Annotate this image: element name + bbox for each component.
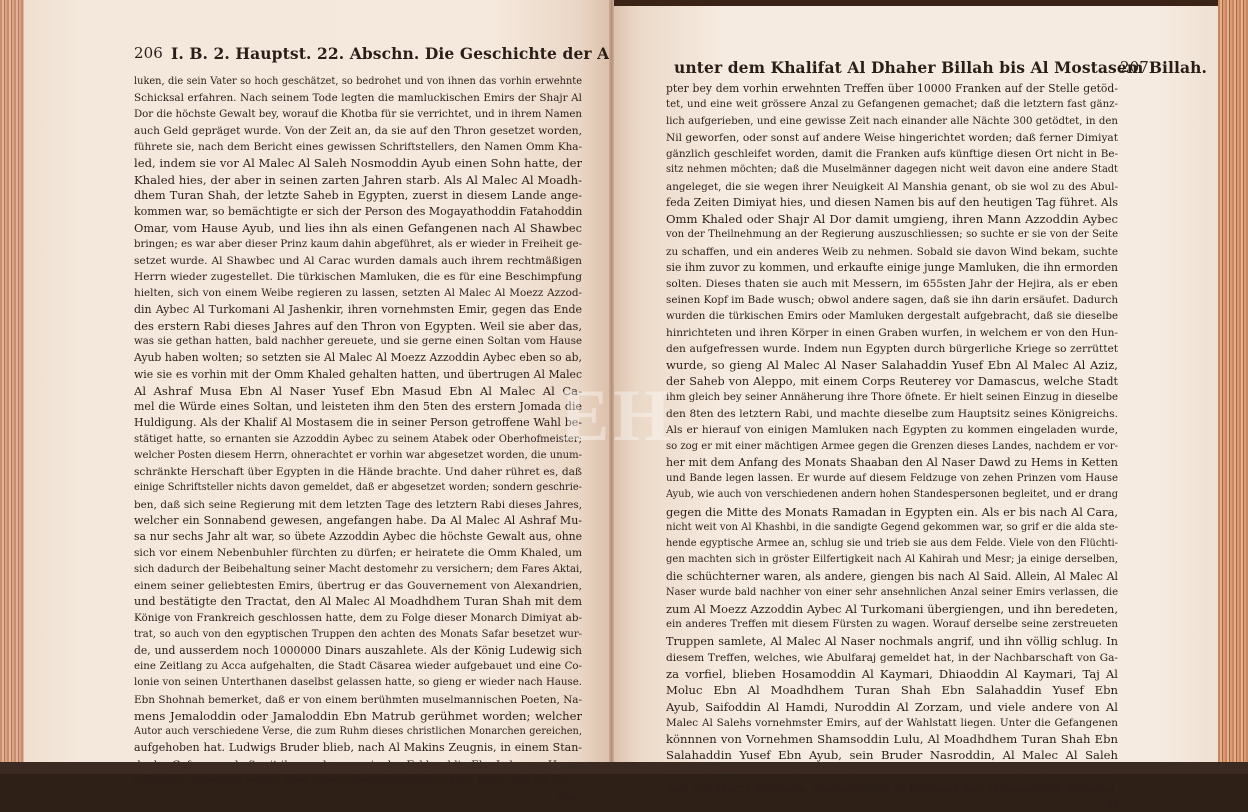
- text-line: led, indem sie vor Al Malec Al Saleh Nos…: [134, 155, 582, 171]
- text-line: gänzlich geschleifet worden, damit die F…: [666, 146, 1118, 162]
- text-line: sa nur sechs Jahr alt war, so übete Azzo…: [134, 529, 582, 545]
- text-line: seinen Kopf im Bade wusch; obwol andere …: [666, 292, 1118, 308]
- left-running-head: 206 I. B. 2. Hauptst. 22. Abschn. Die Ge…: [134, 44, 584, 68]
- text-line: wie sie es vorhin mit der Omm Khaled geh…: [134, 367, 582, 383]
- text-line: von der Theilnehmung an der Regierung au…: [666, 227, 1118, 243]
- text-line: Ayub, Saifoddin Al Hamdi, Nuroddin Al Zo…: [666, 699, 1118, 715]
- text-line: so zog er mit einer mächtigen Armee gege…: [666, 439, 1118, 455]
- text-line: stätiget hatte, so ernanten sie Azzoddin…: [134, 432, 582, 448]
- text-line: Schicksal erfahren. Nach seinem Tode leg…: [134, 90, 582, 106]
- left-page: 206 I. B. 2. Hauptst. 22. Abschn. Die Ge…: [24, 0, 609, 762]
- text-line: Ayub, wie auch von verschiedenen andern …: [666, 487, 1118, 503]
- text-line: eine Zeitlang zu Acca aufgehalten, die S…: [134, 659, 582, 675]
- text-line: din Aybec Al Turkomani Al Jashenkir, ihr…: [134, 302, 582, 318]
- text-line: Als er hierauf von einigen Mamluken nach…: [666, 422, 1118, 438]
- text-line: Truppen samlete, Al Malec Al Naser nochm…: [666, 634, 1118, 650]
- text-line: Omm Khaled oder Shajr Al Dor damit umgie…: [666, 211, 1118, 227]
- text-line: bringen; es war aber dieser Prinz kaum d…: [134, 237, 582, 253]
- text-line: ein anderes Treffen mit diesem Fürsten z…: [666, 617, 1118, 633]
- text-line: trat, so auch von den egyptischen Truppe…: [134, 627, 582, 643]
- text-line: luken, die sein Vater so hoch geschätzet…: [134, 74, 582, 90]
- text-line: mel die Würde eines Soltan, und leistete…: [134, 399, 582, 415]
- text-line: Naser wurde bald nachher von einer sehr …: [666, 585, 1118, 601]
- text-line: Omar, vom Hause Ayub, und lies ihn als e…: [134, 220, 582, 236]
- text-line: za vorfiel, blieben Hosamoddin Al Kaymar…: [666, 666, 1118, 682]
- text-line: schränkte Herschaft über Egypten in die …: [134, 464, 582, 480]
- text-line: kommen war, so bemächtigte er sich der P…: [134, 204, 582, 220]
- left-running-head-title: I. B. 2. Hauptst. 22. Abschn. Die Geschi…: [171, 44, 661, 63]
- text-line: wurden die türkischen Emirs oder Mamluke…: [666, 309, 1118, 325]
- text-line: Moluc Ebn Al Moadhdhem Turan Shah Ebn Sa…: [666, 682, 1118, 698]
- text-line: Khaled hies, der aber in seinen zarten J…: [134, 172, 582, 188]
- text-line: nicht weit von Al Khashbi, in die sandig…: [666, 520, 1118, 536]
- text-line: Huldigung. Als der Khalif Al Mostasem di…: [134, 415, 582, 431]
- text-line: dhem Turan Shah, der letzte Saheb in Egy…: [134, 188, 582, 204]
- right-body-text: pter bey dem vorhin erwehnten Treffen üb…: [666, 81, 1118, 774]
- text-line: könnnen von Vornehmen Shamsoddin Lulu, A…: [666, 731, 1118, 747]
- text-line: Ayub haben wolten; so setzten sie Al Mal…: [134, 350, 582, 366]
- text-line: Herrn wieder zugestellet. Die türkischen…: [134, 269, 582, 285]
- book-spread: 206 I. B. 2. Hauptst. 22. Abschn. Die Ge…: [0, 0, 1248, 774]
- text-line: zu schaffen, und ein anderes Weib zu neh…: [666, 244, 1118, 260]
- text-line: setzet wurde. Al Shawbec und Al Carac wu…: [134, 253, 582, 269]
- page-number-left: 206: [134, 44, 163, 62]
- text-line: zum Al Moezz Azzoddin Aybec Al Turkomani…: [666, 601, 1118, 617]
- text-line: lich aufgerieben, und eine gewisse Zeit …: [666, 114, 1118, 130]
- text-line: Al Ashraf Musa Ebn Al Naser Yusef Ebn Ma…: [134, 383, 582, 399]
- text-line: sitz nehmen möchten; daß die Muselmänner…: [666, 162, 1118, 178]
- text-line: Könige von Frankreich geschlossen hatte,…: [134, 610, 582, 626]
- text-line: sich vor einem Nebenbuhler fürchten zu d…: [134, 545, 582, 561]
- text-line: sie ihm zuvor zu kommen, und erkaufte ei…: [666, 260, 1118, 276]
- text-line: Ebn Shohnah bemerket, daß er von einem b…: [134, 692, 582, 708]
- text-line: pter bey dem vorhin erwehnten Treffen üb…: [666, 81, 1118, 97]
- right-page: unter dem Khalifat Al Dhaher Billah bis …: [614, 6, 1218, 762]
- text-line: den aufgefressen wurde. Indem nun Egypte…: [666, 341, 1118, 357]
- text-line: angeleget, die sie wegen ihrer Neuigkeit…: [666, 179, 1118, 195]
- text-line: und Bande legen lassen. Er wurde auf die…: [666, 471, 1118, 487]
- text-line: den 8ten des letztern Rabi, und machte d…: [666, 406, 1118, 422]
- text-line: ben, daß sich seine Regierung mit dem le…: [134, 497, 582, 513]
- page-number-right: 207: [1120, 58, 1149, 76]
- text-line: hinrichteten und ihren Körper in einen G…: [666, 325, 1118, 341]
- text-line: auch Geld gepräget wurde. Von der Zeit a…: [134, 123, 582, 139]
- text-line: Autor auch verschiedene Verse, die zum R…: [134, 724, 582, 740]
- text-line: die schüchterner waren, als andere, gien…: [666, 569, 1118, 585]
- right-running-head: unter dem Khalifat Al Dhaher Billah bis …: [674, 58, 1154, 82]
- text-line: des erstern Rabi dieses Jahres auf den T…: [134, 318, 582, 334]
- text-line: tet, und eine weit grössere Anzal zu Gef…: [666, 97, 1118, 113]
- right-page-edges: [1218, 0, 1248, 774]
- text-line: einem seiner geliebtesten Emirs, übertru…: [134, 578, 582, 594]
- text-line: diesem Treffen, welches, wie Abulfaraj g…: [666, 650, 1118, 666]
- text-line: ihm gleich bey seiner Annäherung ihre Th…: [666, 390, 1118, 406]
- bottom-shadow: [0, 762, 1248, 774]
- text-line: hielten, sich von einem Weibe regieren z…: [134, 285, 582, 301]
- text-line: hende egyptische Armee an, schlug sie un…: [666, 536, 1118, 552]
- text-line: was sie gethan hatten, bald nachher gere…: [134, 334, 582, 350]
- text-line: sich dadurch der Beibehaltung seiner Mac…: [134, 562, 582, 578]
- text-line: Nil geworfen, oder sonst auf andere Weis…: [666, 130, 1118, 146]
- text-line: mens Jemaloddin oder Jamaloddin Ebn Matr…: [134, 708, 582, 724]
- left-page-edges: [0, 0, 24, 774]
- text-line: welcher ein Sonnabend gewesen, angefange…: [134, 513, 582, 529]
- text-line: de, und ausserdem noch 1000000 Dinars au…: [134, 643, 582, 659]
- text-line: solten. Dieses thaten sie auch mit Messe…: [666, 276, 1118, 292]
- text-line: aufgehoben hat. Ludwigs Bruder blieb, na…: [134, 740, 582, 756]
- left-body-text: luken, die sein Vater so hoch geschätzet…: [134, 74, 582, 774]
- text-line: der Saheb von Aleppo, mit einem Corps Re…: [666, 374, 1118, 390]
- text-line: Dor die höchste Gewalt bey, worauf die K…: [134, 107, 582, 123]
- text-line: gen machten sich in gröster Eilfertigkei…: [666, 552, 1118, 568]
- text-line: welcher Posten diesem Herrn, ohnerachtet…: [134, 448, 582, 464]
- text-line: führete sie, nach dem Bericht eines gewi…: [134, 139, 582, 155]
- text-line: feda Zeiten Dimiyat hies, und diesen Nam…: [666, 195, 1118, 211]
- watermark: EH: [560, 376, 700, 456]
- text-line: wurde, so gieng Al Malec Al Naser Salaha…: [666, 357, 1118, 373]
- text-line: lonie von seinen Unterthanen daselbst ge…: [134, 675, 582, 691]
- text-line: Malec Al Salehs vornehmster Emirs, auf d…: [666, 715, 1118, 731]
- text-line: und bestätigte den Tractat, den Al Malec…: [134, 594, 582, 610]
- text-line: her mit dem Anfang des Monats Shaaban de…: [666, 455, 1118, 471]
- text-line: einige Schriftsteller nichts davon gemel…: [134, 480, 582, 496]
- text-line: gegen die Mitte des Monats Ramadan in Eg…: [666, 504, 1118, 520]
